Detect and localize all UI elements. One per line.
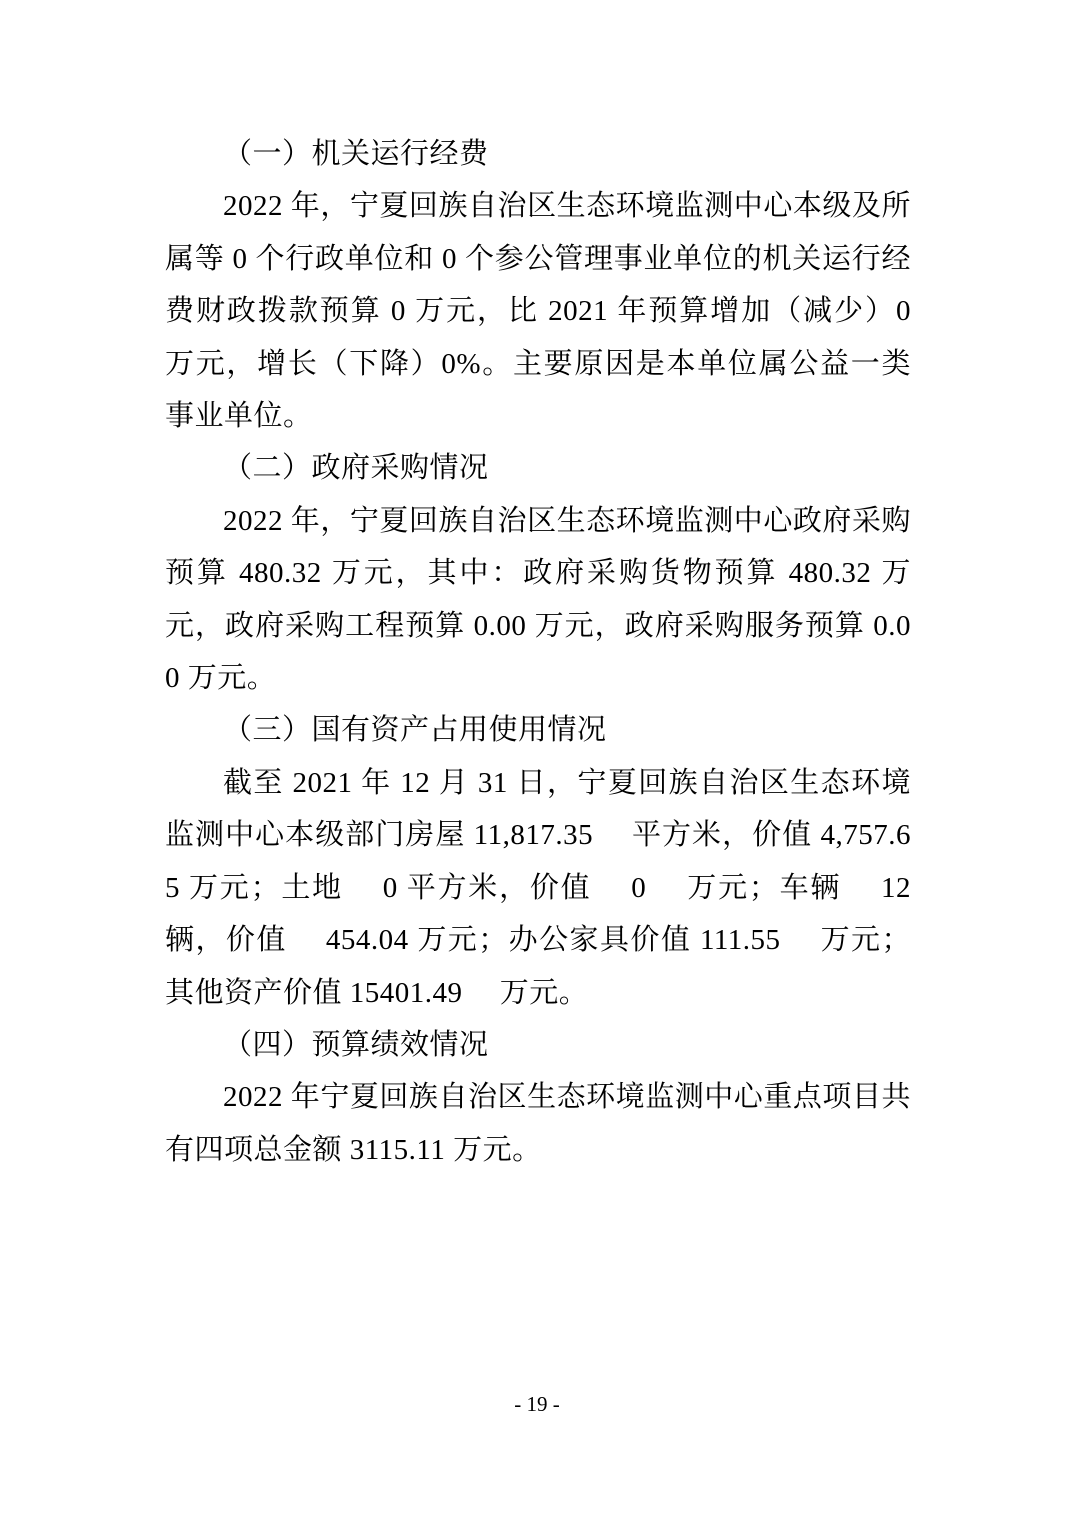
section-paragraph-2: 2022 年，宁夏回族自治区生态环境监测中心政府采购预算 480.32 万元，其… [165,495,911,705]
section-heading-1: （一）机关运行经费 [165,128,911,180]
section-heading-2: （二）政府采购情况 [165,442,911,494]
section-heading-3: （三）国有资产占用使用情况 [165,704,911,756]
section-paragraph-1: 2022 年，宁夏回族自治区生态环境监测中心本级及所属等 0 个行政单位和 0 … [165,180,911,442]
document-page: （一）机关运行经费 2022 年，宁夏回族自治区生态环境监测中心本级及所属等 0… [0,0,1074,1520]
section-paragraph-4: 2022 年宁夏回族自治区生态环境监测中心重点项目共有四项总金额 3115.11… [165,1071,911,1176]
page-number: - 19 - [0,1390,1074,1418]
section-heading-4: （四）预算绩效情况 [165,1019,911,1071]
document-body: （一）机关运行经费 2022 年，宁夏回族自治区生态环境监测中心本级及所属等 0… [165,128,911,1176]
section-paragraph-3: 截至 2021 年 12 月 31 日，宁夏回族自治区生态环境监测中心本级部门房… [165,757,911,1019]
